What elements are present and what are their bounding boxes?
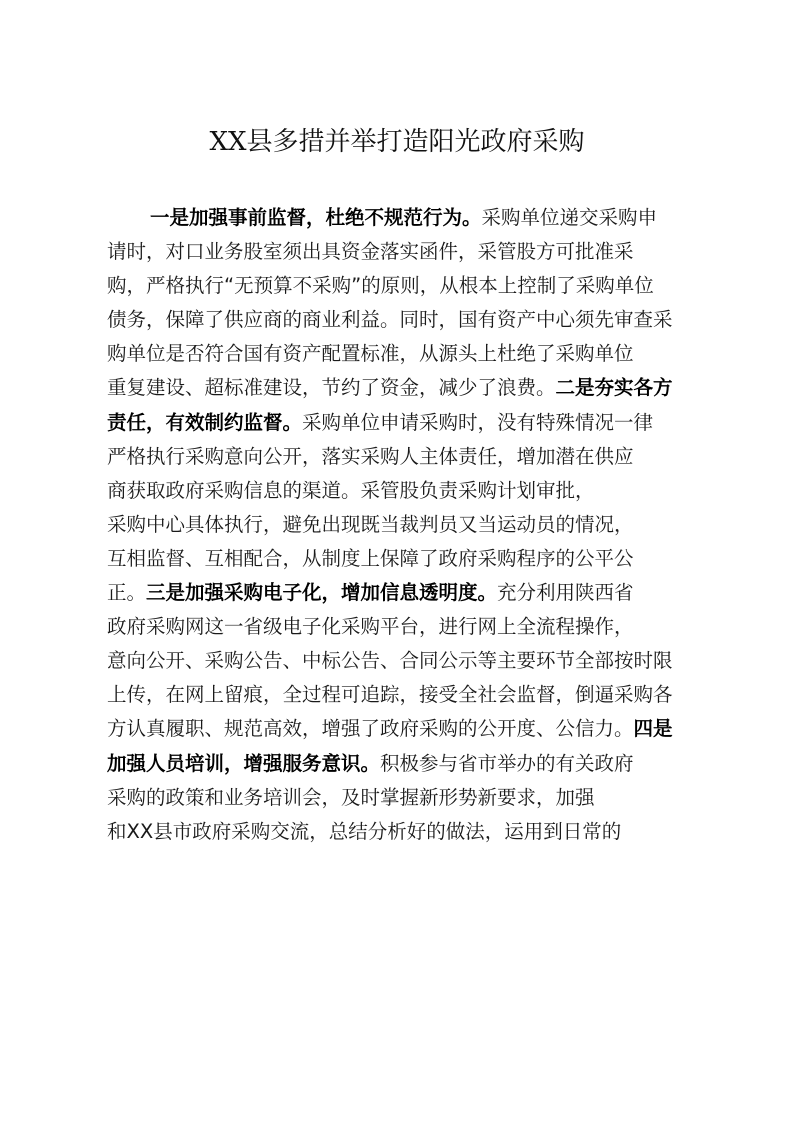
text-segment: 商获取政府采购信息的渠道。采管股负责采购计划审批， — [107, 479, 595, 502]
paragraph-line: 上传，在网上留痕，全过程可追踪，接受全社会监督，倒逼采购各 — [107, 678, 699, 712]
text-segment: 采购单位递交采购申 — [482, 206, 658, 229]
paragraph-line: 互相监督、互相配合，从制度上保障了政府采购程序的公平公 — [107, 542, 699, 576]
text-segment: 购，严格执行“无预算不采购”的原则，从根本上控制了采购单位 — [107, 274, 654, 297]
paragraph-line: 请时，对口业务股室须出具资金落实函件，采管股方可批准采 — [107, 235, 699, 269]
text-segment: 采购中心具体执行，避免出现既当裁判员又当运动员的情况， — [107, 513, 634, 536]
document-body: 一是加强事前监督，杜绝不规范行为。采购单位递交采购申 请时，对口业务股室须出具资… — [107, 201, 699, 849]
paragraph-line: 意向公开、采购公告、中标公告、合同公示等主要环节全部按时限 — [107, 644, 699, 678]
paragraph-line: 购单位是否符合国有资产配置标准，从源头上杜绝了采购单位 — [107, 337, 699, 371]
text-segment: 请时，对口业务股室须出具资金落实函件，采管股方可批准采 — [107, 240, 634, 263]
text-segment: 采购单位申请采购时，没有特殊情况一律 — [302, 411, 653, 434]
paragraph-line: 严格执行采购意向公开，落实采购人主体责任，增加潜在供应 — [107, 440, 699, 474]
paragraph-line: 一是加强事前监督，杜绝不规范行为。采购单位递交采购申 — [107, 201, 699, 235]
text-segment: 债务，保障了供应商的商业利益。同时，国有资产中心须先审查采 — [107, 308, 673, 331]
paragraph-line: 正。三是加强采购电子化，增加信息透明度。充分利用陕西省 — [107, 576, 699, 610]
paragraph-line: 重复建设、超标准建设，节约了资金，减少了浪费。二是夯实各方 — [107, 371, 699, 405]
paragraph-line: 方认真履职、规范高效，增强了政府采购的公开度、公信力。四是 — [107, 712, 699, 746]
text-segment: 意向公开、采购公告、中标公告、合同公示等主要环节全部按时限 — [107, 649, 673, 672]
text-segment: 和XX县市政府采购交流，总结分析好的做法，运用到日常的 — [107, 820, 621, 843]
document-title: XX县多措并举打造阳光政府采购 — [0, 126, 794, 158]
paragraph-line: 商获取政府采购信息的渠道。采管股负责采购计划审批， — [107, 474, 699, 508]
text-segment: 采购的政策和业务培训会，及时掌握新形势新要求，加强 — [107, 786, 595, 809]
paragraph-line: 购，严格执行“无预算不采购”的原则，从根本上控制了采购单位 — [107, 269, 699, 303]
text-segment: 方认真履职、规范高效，增强了政府采购的公开度、公信力。 — [107, 717, 634, 740]
bold-heading-2-cont: 责任，有效制约监督。 — [107, 411, 302, 434]
text-segment: 购单位是否符合国有资产配置标准，从源头上杜绝了采购单位 — [107, 342, 634, 365]
paragraph-line: 加强人员培训，增强服务意识。积极参与省市举办的有关政府 — [107, 747, 699, 781]
text-segment: 充分利用陕西省 — [497, 581, 634, 604]
paragraph-line: 政府采购网这一省级电子化采购平台，进行网上全流程操作， — [107, 610, 699, 644]
document-page: XX县多措并举打造阳光政府采购 一是加强事前监督，杜绝不规范行为。采购单位递交采… — [0, 0, 794, 1122]
paragraph-line: 采购的政策和业务培训会，及时掌握新形势新要求，加强 — [107, 781, 699, 815]
text-segment: 互相监督、互相配合，从制度上保障了政府采购程序的公平公 — [107, 547, 634, 570]
text-segment: 正。 — [107, 581, 146, 604]
bold-heading-1: 一是加强事前监督，杜绝不规范行为。 — [150, 206, 482, 229]
paragraph-line: 债务，保障了供应商的商业利益。同时，国有资产中心须先审查采 — [107, 303, 699, 337]
bold-heading-3: 三是加强采购电子化，增加信息透明度。 — [146, 581, 497, 604]
text-segment: 积极参与省市举办的有关政府 — [380, 752, 634, 775]
bold-heading-2: 二是夯实各方 — [556, 376, 673, 399]
paragraph-line: 采购中心具体执行，避免出现既当裁判员又当运动员的情况， — [107, 508, 699, 542]
text-segment: 重复建设、超标准建设，节约了资金，减少了浪费。 — [107, 376, 556, 399]
text-segment: 上传，在网上留痕，全过程可追踪，接受全社会监督，倒逼采购各 — [107, 683, 673, 706]
bold-heading-4: 四是 — [634, 717, 673, 740]
paragraph-line: 责任，有效制约监督。采购单位申请采购时，没有特殊情况一律 — [107, 406, 699, 440]
bold-heading-4-cont: 加强人员培训，增强服务意识。 — [107, 752, 380, 775]
text-segment: 政府采购网这一省级电子化采购平台，进行网上全流程操作， — [107, 615, 634, 638]
paragraph-line: 和XX县市政府采购交流，总结分析好的做法，运用到日常的 — [107, 815, 699, 849]
text-segment: 严格执行采购意向公开，落实采购人主体责任，增加潜在供应 — [107, 445, 634, 468]
